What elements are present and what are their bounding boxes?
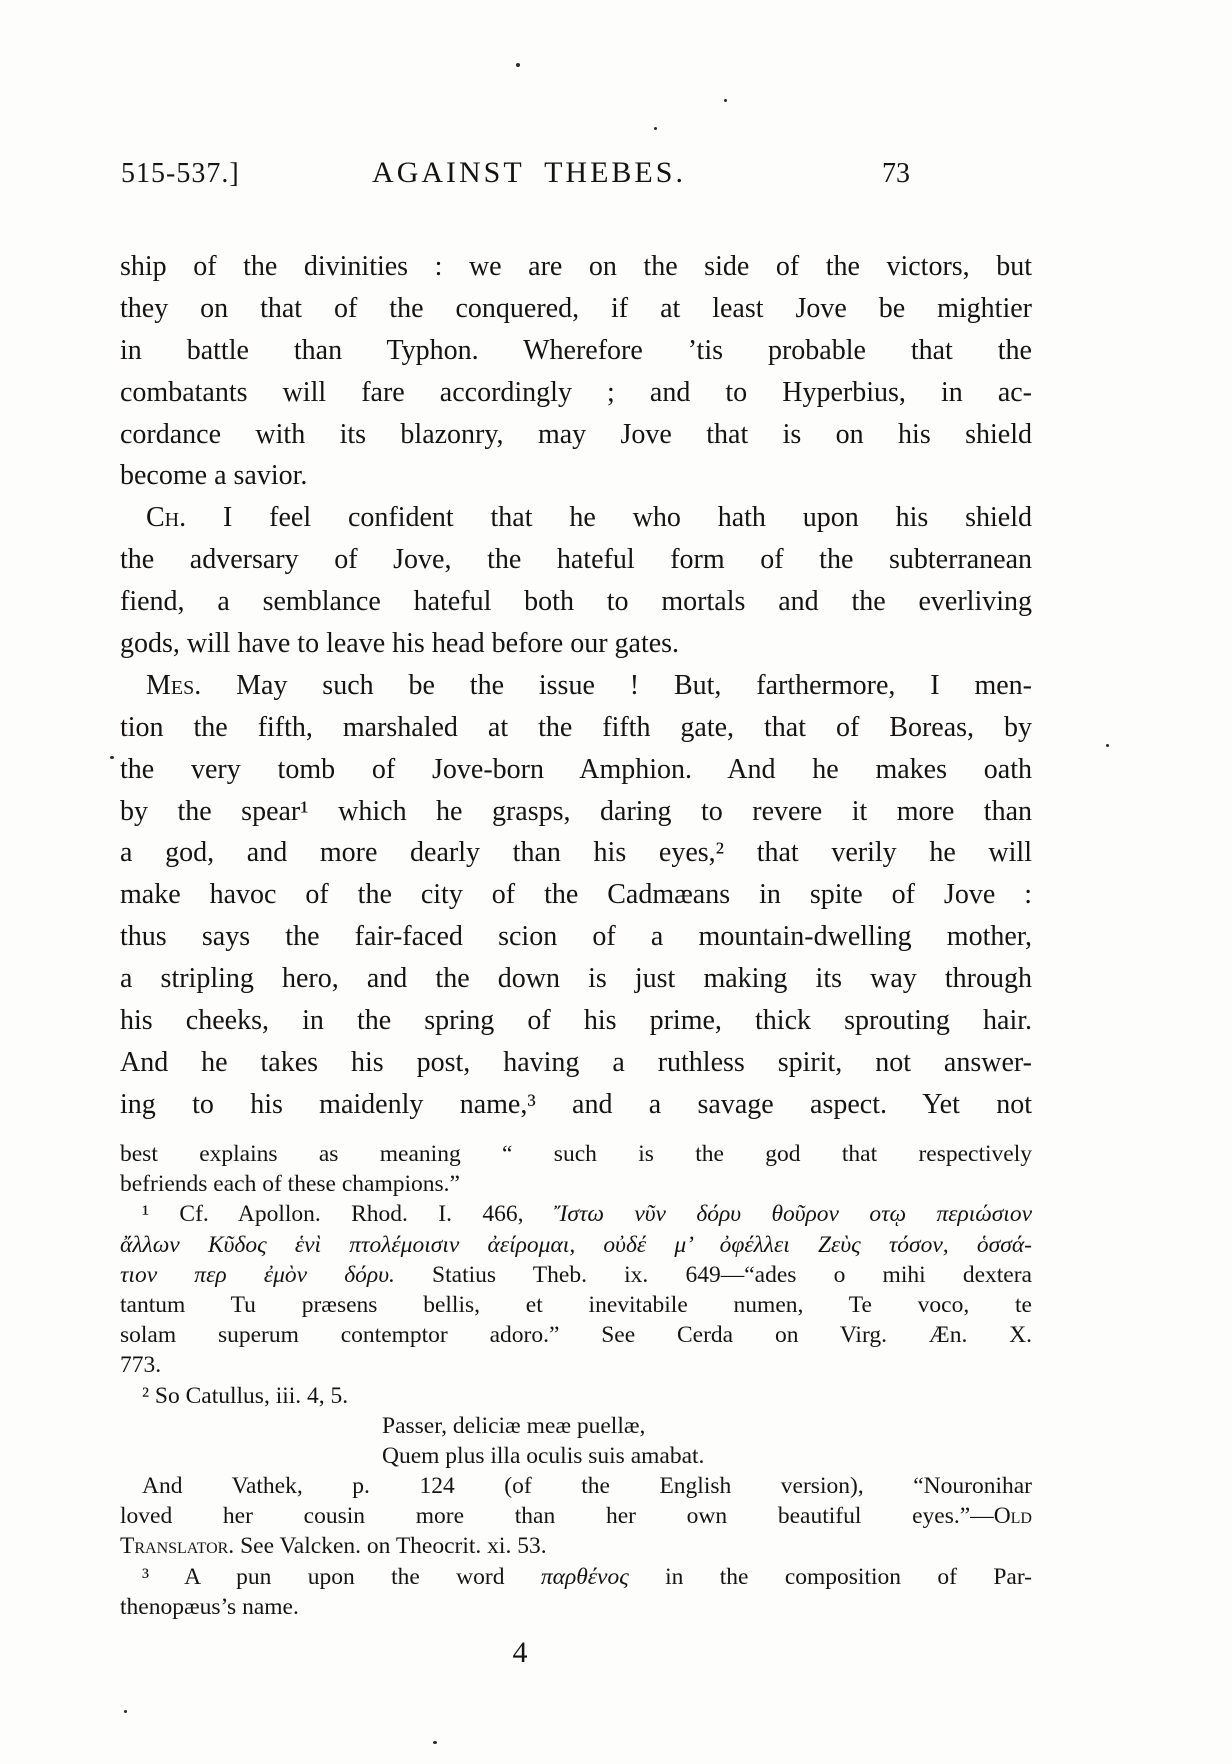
text-line: the very tomb of Jove-born Amphion. And … bbox=[120, 749, 1032, 791]
speaker-label-messenger: Mes. bbox=[146, 670, 201, 701]
text-line: tion the fifth, marshaled at the fifth g… bbox=[120, 707, 1032, 749]
text-line: the adversary of Jove, the hateful form … bbox=[120, 539, 1032, 581]
scan-speck bbox=[724, 99, 727, 102]
scan-speck bbox=[1106, 744, 1109, 747]
footnote-line: best explains as meaning “ such is the g… bbox=[120, 1139, 1032, 1169]
text-line: combatants will fare accordingly ; and t… bbox=[120, 372, 1032, 414]
text-segment: in the composition of Par- bbox=[629, 1564, 1032, 1590]
greek-quotation: Ἴστω νῦν δόρυ θοῦρον οτῳ περιώσιον bbox=[554, 1201, 1032, 1227]
translator-attribution: Translator. bbox=[120, 1533, 234, 1559]
text-line: Ch. I feel confident that he who hath up… bbox=[120, 497, 1032, 539]
text-line: fiend, a semblance hateful both to morta… bbox=[120, 581, 1032, 623]
text-segment: Statius Theb. ix. 649—“ades o mihi dexte… bbox=[395, 1262, 1032, 1288]
footnote-1-citation: ¹ Cf. Apollon. Rhod. I. 466, bbox=[142, 1201, 554, 1227]
footnote-line: solam superum contemptor adoro.” See Cer… bbox=[120, 1320, 1032, 1350]
text-line: his cheeks, in the spring of his prime, … bbox=[120, 1000, 1032, 1042]
footnote-line: ² So Catullus, iii. 4, 5. bbox=[120, 1381, 1032, 1411]
book-page: 515-537.] AGAINST THEBES. 73 ship of the… bbox=[0, 0, 1232, 1764]
greek-word: παρθένος bbox=[541, 1564, 629, 1590]
text-line: gods, will have to leave his head before… bbox=[120, 623, 1032, 665]
greek-quotation: ἄλλων Κῦδος ἑνὶ πτολέμοισιν ἀείρομαι, οὐ… bbox=[120, 1232, 1032, 1258]
text-line: by the spear¹ which he grasps, daring to… bbox=[120, 791, 1032, 833]
text-segment: I feel confident that he who hath upon h… bbox=[186, 502, 1032, 533]
footnote-block: best explains as meaning “ such is the g… bbox=[120, 1139, 1032, 1622]
footnote-line: thenopæus’s name. bbox=[120, 1592, 1032, 1622]
footnote-line: 773. bbox=[120, 1350, 1032, 1380]
scan-speck bbox=[516, 63, 520, 67]
footnote-line: befriends each of these champions.” bbox=[120, 1169, 1032, 1199]
translator-attribution: Old bbox=[994, 1503, 1032, 1529]
footnote-line: loved her cousin more than her own beaut… bbox=[120, 1501, 1032, 1531]
text-line: And he takes his post, having a ruthless… bbox=[120, 1042, 1032, 1084]
verse-line: Passer, deliciæ meæ puellæ, bbox=[120, 1411, 1032, 1441]
footnote-line: τιον περ ἐμὸν δόρυ. Statius Theb. ix. 64… bbox=[120, 1260, 1032, 1290]
text-line: ing to his maidenly name,³ and a savage … bbox=[120, 1084, 1032, 1126]
text-line: ship of the divinities : we are on the s… bbox=[120, 246, 1032, 288]
text-segment: ³ A pun upon the word bbox=[142, 1564, 541, 1590]
footnote-line: ³ A pun upon the word παρθένος in the co… bbox=[120, 1562, 1032, 1592]
text-segment: See Valcken. on Theocrit. xi. 53. bbox=[234, 1533, 546, 1559]
footnote-line: tantum Tu præsens bellis, et inevitabile… bbox=[120, 1290, 1032, 1320]
text-line: a god, and more dearly than his eyes,² t… bbox=[120, 832, 1032, 874]
text-line: in battle than Typhon. Wherefore ’tis pr… bbox=[120, 330, 1032, 372]
text-line: a stripling hero, and the down is just m… bbox=[120, 958, 1032, 1000]
text-line: they on that of the conquered, if at lea… bbox=[120, 288, 1032, 330]
scan-speck bbox=[124, 1710, 127, 1713]
header-page-number: 73 bbox=[868, 158, 924, 190]
scan-speck bbox=[110, 756, 114, 759]
footnote-line: ¹ Cf. Apollon. Rhod. I. 466, Ἴστω νῦν δό… bbox=[120, 1199, 1032, 1229]
text-line: thus says the fair-faced scion of a moun… bbox=[120, 916, 1032, 958]
signature-mark: 4 bbox=[120, 1636, 920, 1670]
speaker-label-chorus: Ch. bbox=[146, 502, 186, 533]
text-line: cordance with its blazonry, may Jove tha… bbox=[120, 414, 1032, 456]
text-line: Mes. May such be the issue ! But, farthe… bbox=[120, 665, 1032, 707]
verse-line: Quem plus illa oculis suis amabat. bbox=[120, 1441, 1032, 1471]
footnote-line: Translator. See Valcken. on Theocrit. xi… bbox=[120, 1531, 1032, 1561]
text-line: become a savior. bbox=[120, 455, 1032, 497]
text-line: make havoc of the city of the Cadmæans i… bbox=[120, 874, 1032, 916]
footnote-line: And Vathek, p. 124 (of the English versi… bbox=[120, 1471, 1032, 1501]
scan-speck bbox=[433, 1741, 437, 1744]
footnote-line: ἄλλων Κῦδος ἑνὶ πτολέμοισιν ἀείρομαι, οὐ… bbox=[120, 1230, 1032, 1260]
text-segment: loved her cousin more than her own beaut… bbox=[120, 1503, 994, 1529]
text-segment: May such be the issue ! But, farthermore… bbox=[201, 670, 1032, 701]
greek-quotation: τιον περ ἐμὸν δόρυ. bbox=[120, 1262, 395, 1288]
scan-speck bbox=[654, 127, 657, 130]
main-text-block: ship of the divinities : we are on the s… bbox=[120, 246, 1032, 1126]
